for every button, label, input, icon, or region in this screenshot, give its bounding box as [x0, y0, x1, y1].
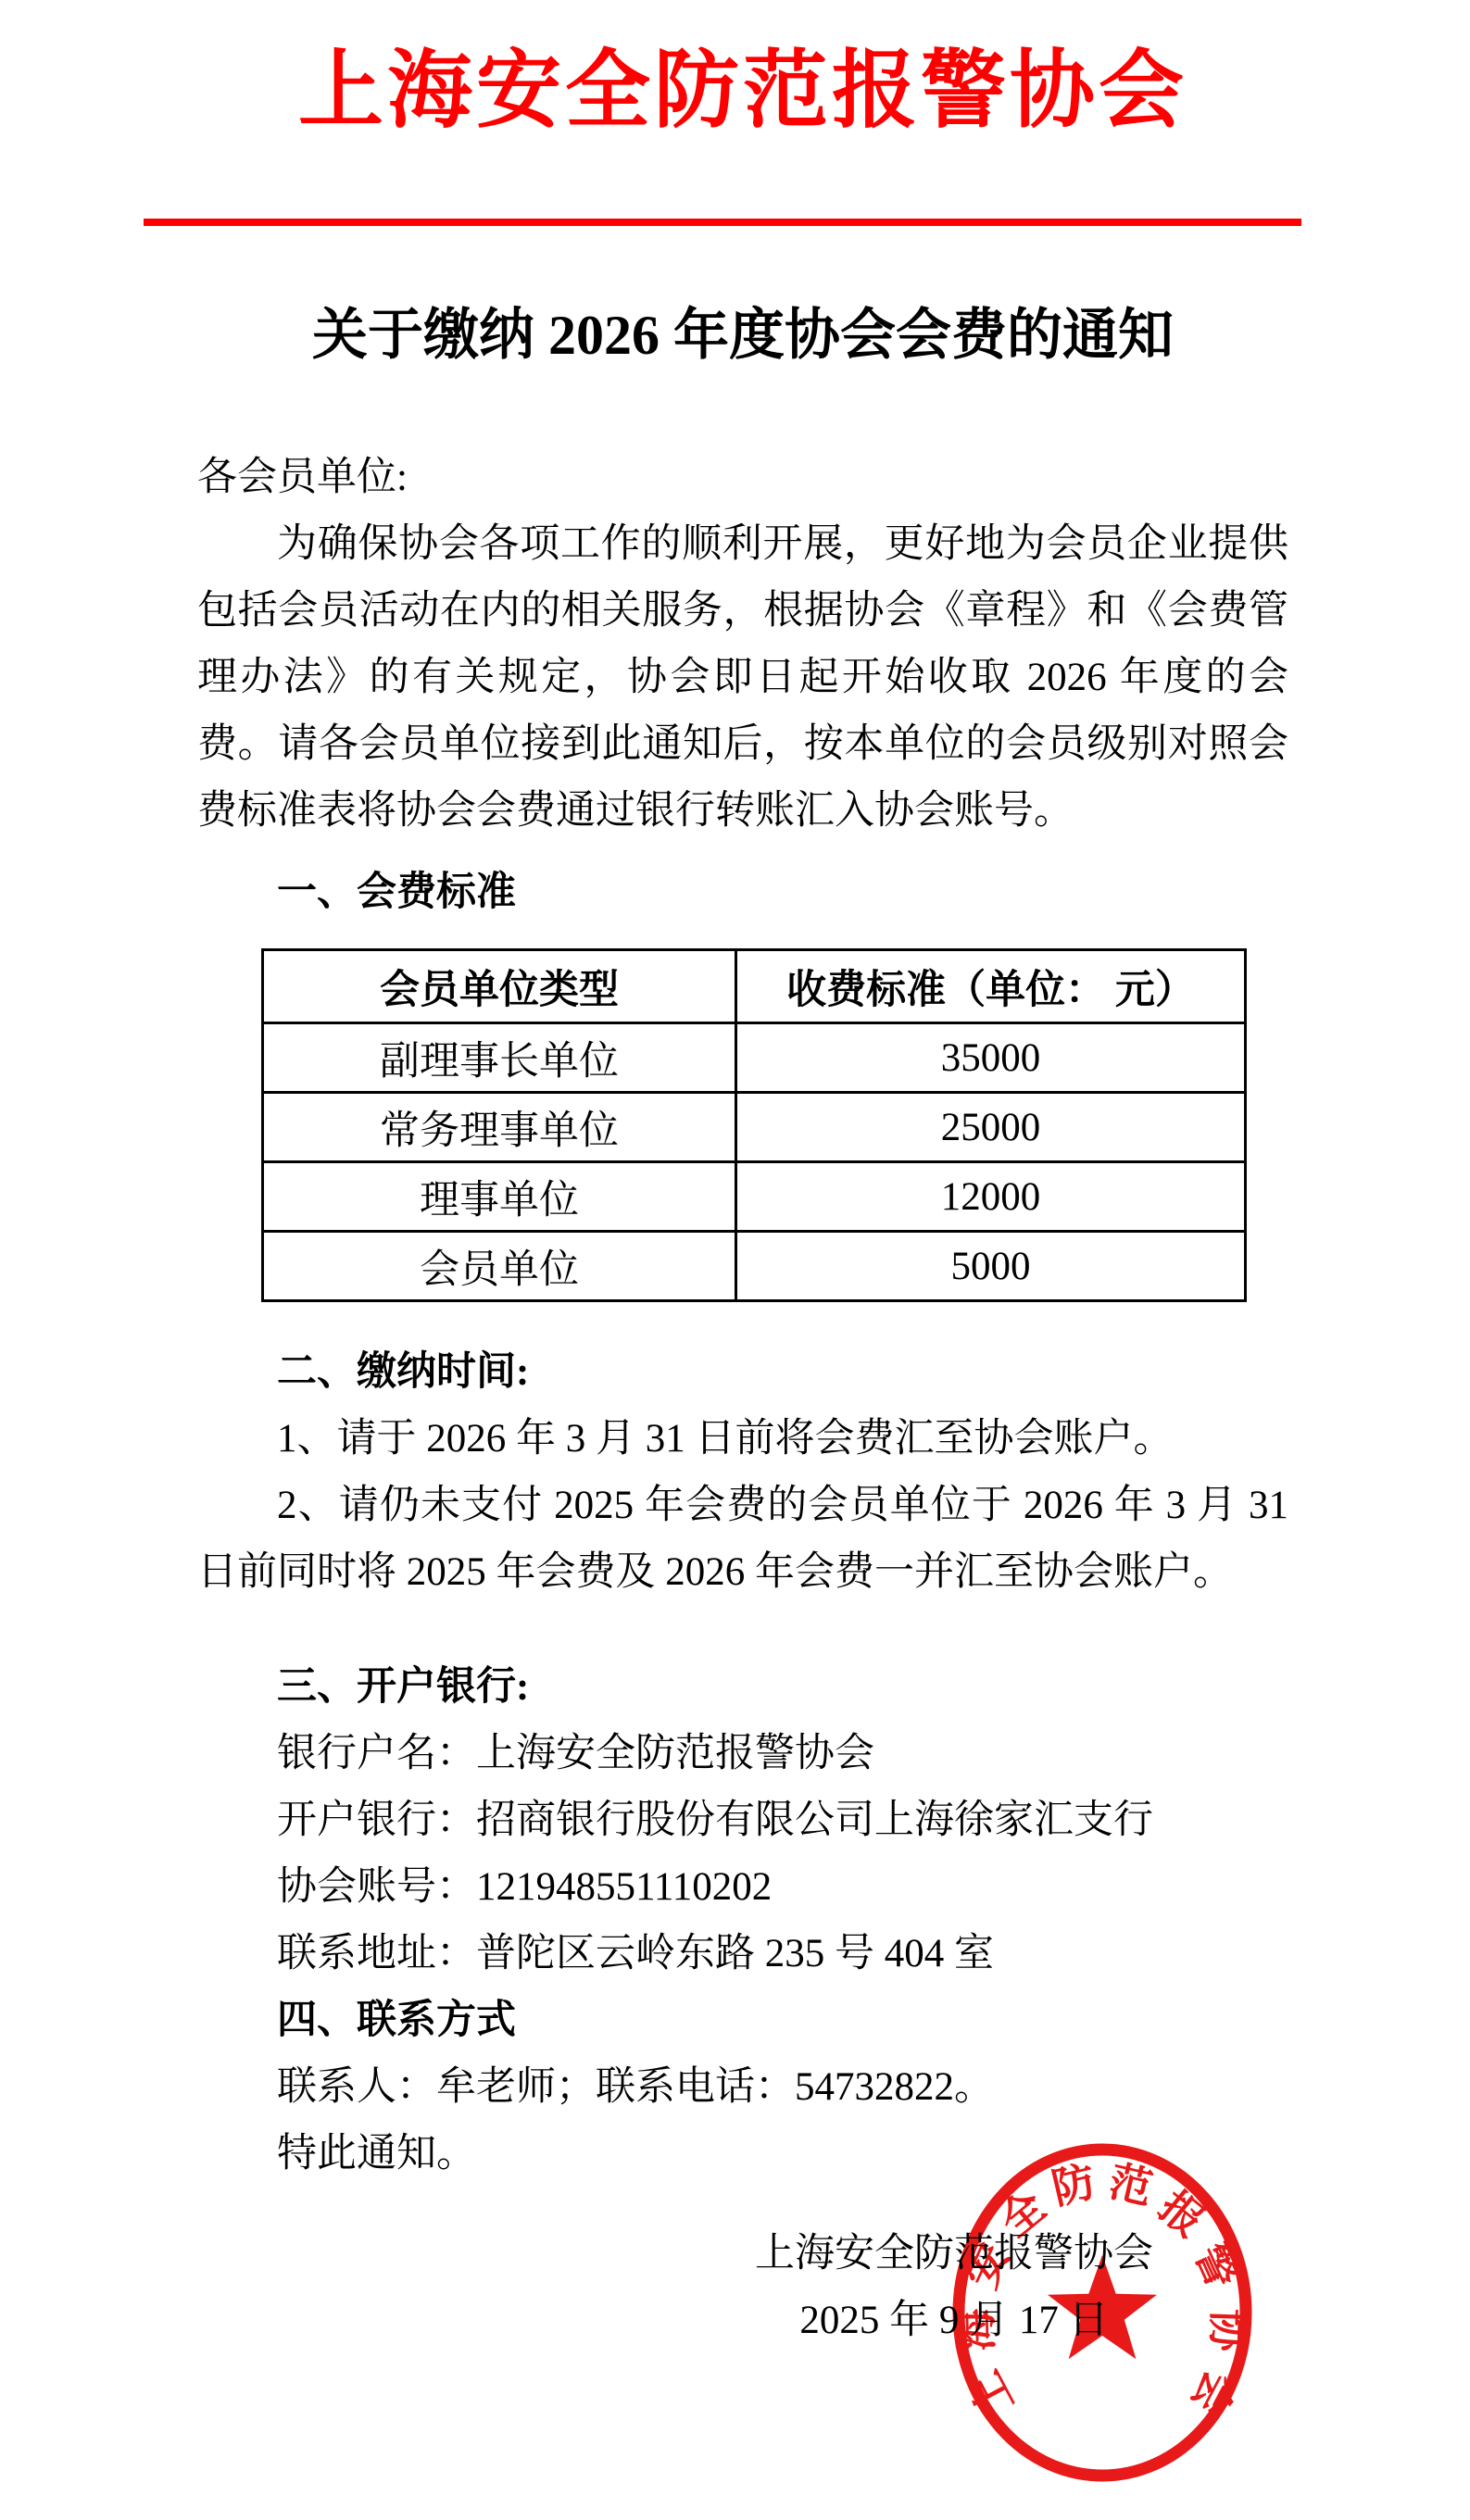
- fee-table-header-type: 会员单位类型: [263, 950, 736, 1023]
- member-type-cell: 会员单位: [263, 1232, 736, 1301]
- stamp-arc-char: 上: [961, 2363, 1023, 2424]
- fee-amount-cell: 12000: [736, 1162, 1246, 1232]
- payment-item-1: 1、请于 2026 年 3 月 31 日前将会费汇至协会账户。: [197, 1406, 1288, 1473]
- fee-amount-cell: 5000: [736, 1232, 1246, 1301]
- closing-line: 特此通知。: [197, 2121, 1288, 2188]
- stamp-arc-char: 报: [1150, 2182, 1213, 2246]
- signature-date: 2025 年 9 月 17 日: [755, 2288, 1153, 2354]
- bank-branch-line: 开户银行：招商银行股份有限公司上海徐家汇支行: [197, 1787, 1288, 1854]
- table-row: 常务理事单位 25000: [263, 1093, 1246, 1162]
- notice-title: 关于缴纳 2026 年度协会会费的通知: [197, 293, 1288, 378]
- intro-paragraph: 为确保协会各项工作的顺利开展，更好地为会员企业提供包括会员活动在内的相关服务，根…: [197, 511, 1288, 845]
- salutation: 各会员单位:: [197, 445, 1288, 511]
- section-heading-bank: 三、开户银行:: [197, 1654, 1288, 1721]
- bank-account-number-line: 协会账号：121948551110202: [197, 1854, 1288, 1921]
- member-type-cell: 副理事长单位: [263, 1023, 736, 1093]
- fee-table: 会员单位类型 收费标准（单位： 元） 副理事长单位 35000 常务理事单位 2…: [261, 948, 1247, 1302]
- stamp-arc-char: 警: [1187, 2237, 1247, 2295]
- stamp-arc-char: 会: [1182, 2363, 1244, 2424]
- fee-table-header-row: 会员单位类型 收费标准（单位： 元）: [263, 950, 1246, 1023]
- bank-account-name-line: 银行户名：上海安全防范报警协会: [197, 1721, 1288, 1787]
- notice-document: 上海安全防范报警协会 关于缴纳 2026 年度协会会费的通知 各会员单位: 为确…: [0, 0, 1470, 2520]
- member-type-cell: 理事单位: [263, 1162, 736, 1232]
- member-type-cell: 常务理事单位: [263, 1093, 736, 1162]
- letterhead-title: 上海安全防范报警协会: [197, 39, 1288, 143]
- fee-amount-cell: 25000: [736, 1093, 1246, 1162]
- red-divider: [144, 219, 1301, 226]
- contact-person-line: 联系人：牟老师；联系电话：54732822。: [197, 2054, 1288, 2121]
- table-row: 会员单位 5000: [263, 1232, 1246, 1301]
- contact-address-line: 联系地址：普陀区云岭东路 235 号 404 室: [197, 1921, 1288, 1987]
- section-heading-payment-time: 二、缴纳时间:: [197, 1339, 1288, 1406]
- table-row: 副理事长单位 35000: [263, 1023, 1246, 1093]
- stamp-arc-char: 协: [1203, 2308, 1251, 2354]
- fee-table-header-amount: 收费标准（单位： 元）: [736, 950, 1246, 1023]
- payment-item-2: 2、请仍未支付 2025 年会费的会员单位于 2026 年 3 月 31 日前同…: [197, 1473, 1288, 1606]
- section-heading-fee-standard: 一、会费标准: [197, 859, 1288, 926]
- section-heading-contact: 四、联系方式: [197, 1987, 1288, 2054]
- table-row: 理事单位 12000: [263, 1162, 1246, 1232]
- signature-org: 上海安全防范报警协会: [755, 2221, 1153, 2288]
- fee-amount-cell: 35000: [736, 1023, 1246, 1093]
- signature-block: 上海安全防范报警协会 2025 年 9 月 17 日 上海安全防范报警协会: [197, 2221, 1288, 2520]
